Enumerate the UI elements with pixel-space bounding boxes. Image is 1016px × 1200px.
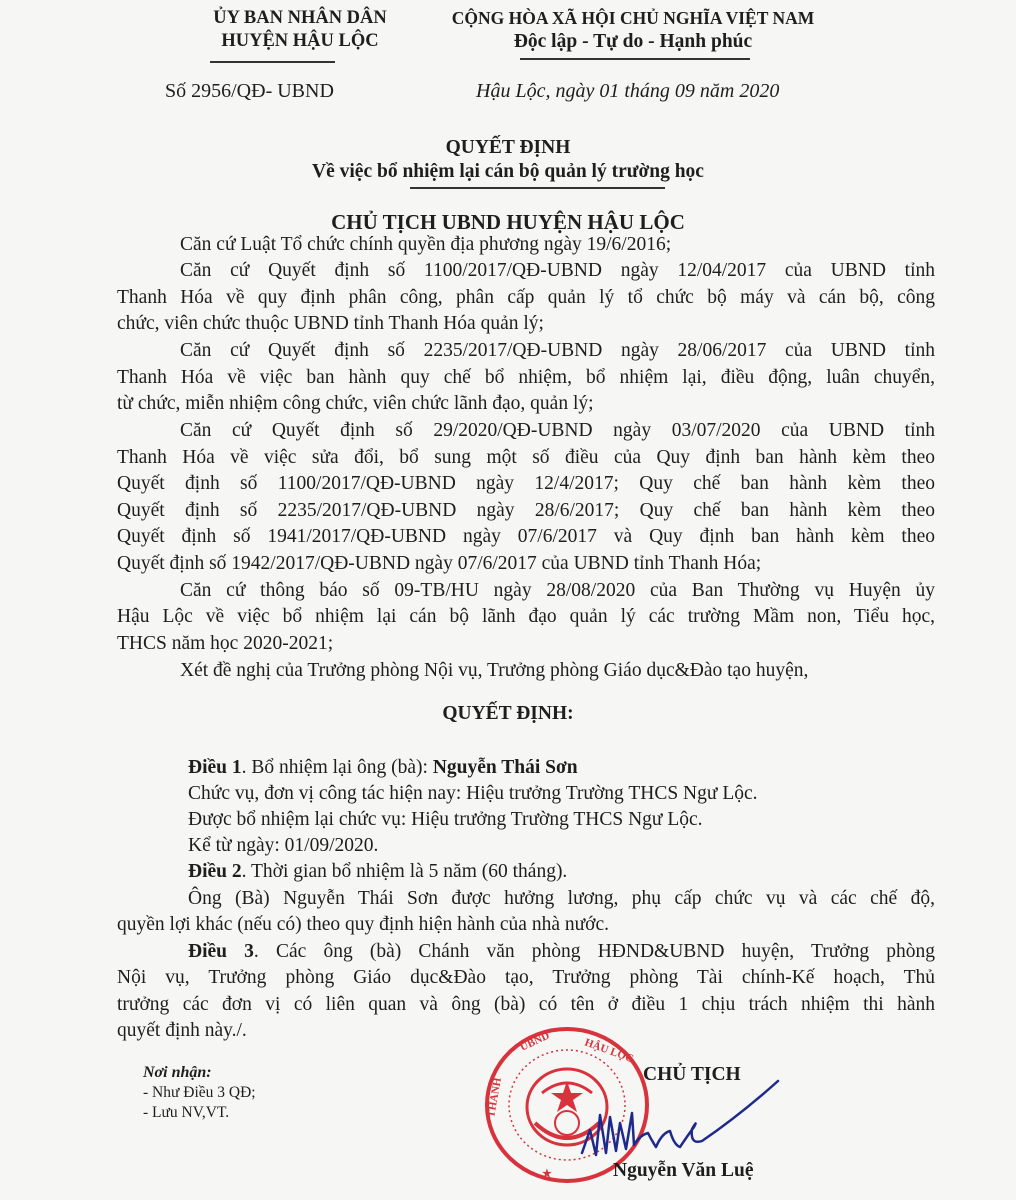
article-2-heading: Điều 2. Thời gian bổ nhiệm là 5 năm (60 … [188, 859, 567, 886]
preamble-2-line-2: Thanh Hóa về quy định phân công, phân cấ… [117, 285, 935, 312]
recipient-item: - Lưu NV,VT. [143, 1104, 229, 1122]
document-title: QUYẾT ĐỊNH [0, 137, 1016, 159]
preamble-4-line-5: Quyết định số 1941/2017/QĐ-UBND ngày 07/… [117, 524, 935, 551]
article-3-label: Điều 3 [188, 941, 254, 962]
recipients-heading: Nơi nhận: [143, 1064, 212, 1082]
subject-underline [410, 187, 665, 189]
preamble-4-line-2: Thanh Hóa về việc sửa đổi, bổ sung một s… [117, 445, 935, 472]
appointee-name: Nguyễn Thái Sơn [433, 757, 578, 778]
preamble-5-line-2: Hậu Lộc về việc bổ nhiệm lại cán bộ lãnh… [117, 604, 935, 631]
document-subject: Về việc bổ nhiệm lại cán bộ quản lý trườ… [0, 161, 1016, 183]
issuer-line-2: HUYỆN HẬU LỘC [160, 31, 440, 52]
svg-text:THANH: THANH [485, 1076, 504, 1118]
issuer-line-1: ỦY BAN NHÂN DÂN [160, 8, 440, 29]
national-title: CỘNG HÒA XÃ HỘI CHỦ NGHĨA VIỆT NAM [448, 8, 818, 29]
article-1-text: . Bổ nhiệm lại ông (bà): [242, 757, 433, 778]
article-3-line-3: quyết định này./. [117, 1018, 247, 1045]
preamble-3-line-1: Căn cứ Quyết định số 2235/2017/QĐ-UBND n… [180, 338, 935, 365]
article-3-line-2: trưởng các đơn vị có liên quan và ông (b… [117, 992, 935, 1019]
preamble-1: Căn cứ Luật Tổ chức chính quyền địa phươ… [180, 232, 671, 259]
preamble-6: Xét đề nghị của Trưởng phòng Nội vụ, Trư… [180, 658, 808, 685]
preamble-4-line-3: Quyết định số 1100/2017/QĐ-UBND ngày 12/… [117, 471, 935, 498]
article-1-label: Điều 1 [188, 757, 242, 778]
article-3-text: . Các ông (bà) Chánh văn phòng HĐND&UBND… [254, 941, 935, 962]
signer-name: Nguyễn Văn Luệ [613, 1160, 754, 1182]
preamble-4-line-1: Căn cứ Quyết định số 29/2020/QĐ-UBND ngà… [180, 418, 935, 445]
document-page: ỦY BAN NHÂN DÂN HUYỆN HẬU LỘC Số 2956/QĐ… [0, 0, 1016, 1200]
article-3-heading: Điều 3. Các ông (bà) Chánh văn phòng HĐN… [188, 939, 935, 966]
article-1-line-2: Được bổ nhiệm lại chức vụ: Hiệu trưởng T… [188, 807, 703, 834]
preamble-5-line-1: Căn cứ thông báo số 09-TB/HU ngày 28/08/… [180, 578, 935, 605]
preamble-4-line-6: Quyết định số 1942/2017/QĐ-UBND ngày 07/… [117, 551, 761, 578]
motto-underline [520, 58, 750, 60]
document-number: Số 2956/QĐ- UBND [165, 80, 334, 103]
article-2-line-2: quyền lợi khác (nếu có) theo quy định hi… [117, 912, 609, 939]
recipient-item: - Như Điều 3 QĐ; [143, 1084, 256, 1102]
article-2-line-1: Ông (Bà) Nguyễn Thái Sơn được hưởng lươn… [188, 886, 935, 913]
handwritten-signature-icon [570, 1075, 810, 1170]
place-and-date: Hậu Lộc, ngày 01 tháng 09 năm 2020 [476, 80, 779, 103]
article-3-line-1: Nội vụ, Trưởng phòng Giáo dục&Đào tạo, T… [117, 965, 935, 992]
svg-text:★: ★ [542, 1168, 552, 1180]
national-motto: Độc lập - Tự do - Hạnh phúc [448, 31, 818, 53]
preamble-5-line-3: THCS năm học 2020-2021; [117, 631, 333, 658]
article-1-heading: Điều 1. Bổ nhiệm lại ông (bà): Nguyễn Th… [188, 755, 578, 782]
issuer-underline [210, 61, 335, 63]
preamble-2-line-1: Căn cứ Quyết định số 1100/2017/QĐ-UBND n… [180, 258, 935, 285]
preamble-3-line-2: Thanh Hóa về việc ban hành quy chế bổ nh… [117, 365, 935, 392]
article-1-line-3: Kể từ ngày: 01/09/2020. [188, 833, 378, 860]
preamble-4-line-4: Quyết định số 2235/2017/QĐ-UBND ngày 28/… [117, 498, 935, 525]
article-1-line-1: Chức vụ, đơn vị công tác hiện nay: Hiệu … [188, 781, 758, 808]
article-2-label: Điều 2 [188, 861, 242, 882]
article-2-text: . Thời gian bổ nhiệm là 5 năm (60 tháng)… [242, 861, 568, 882]
preamble-3-line-3: từ chức, miễn nhiệm công chức, viên chức… [117, 391, 594, 418]
decision-heading: QUYẾT ĐỊNH: [0, 703, 1016, 725]
preamble-2-line-3: chức, viên chức thuộc UBND tỉnh Thanh Hó… [117, 311, 544, 338]
